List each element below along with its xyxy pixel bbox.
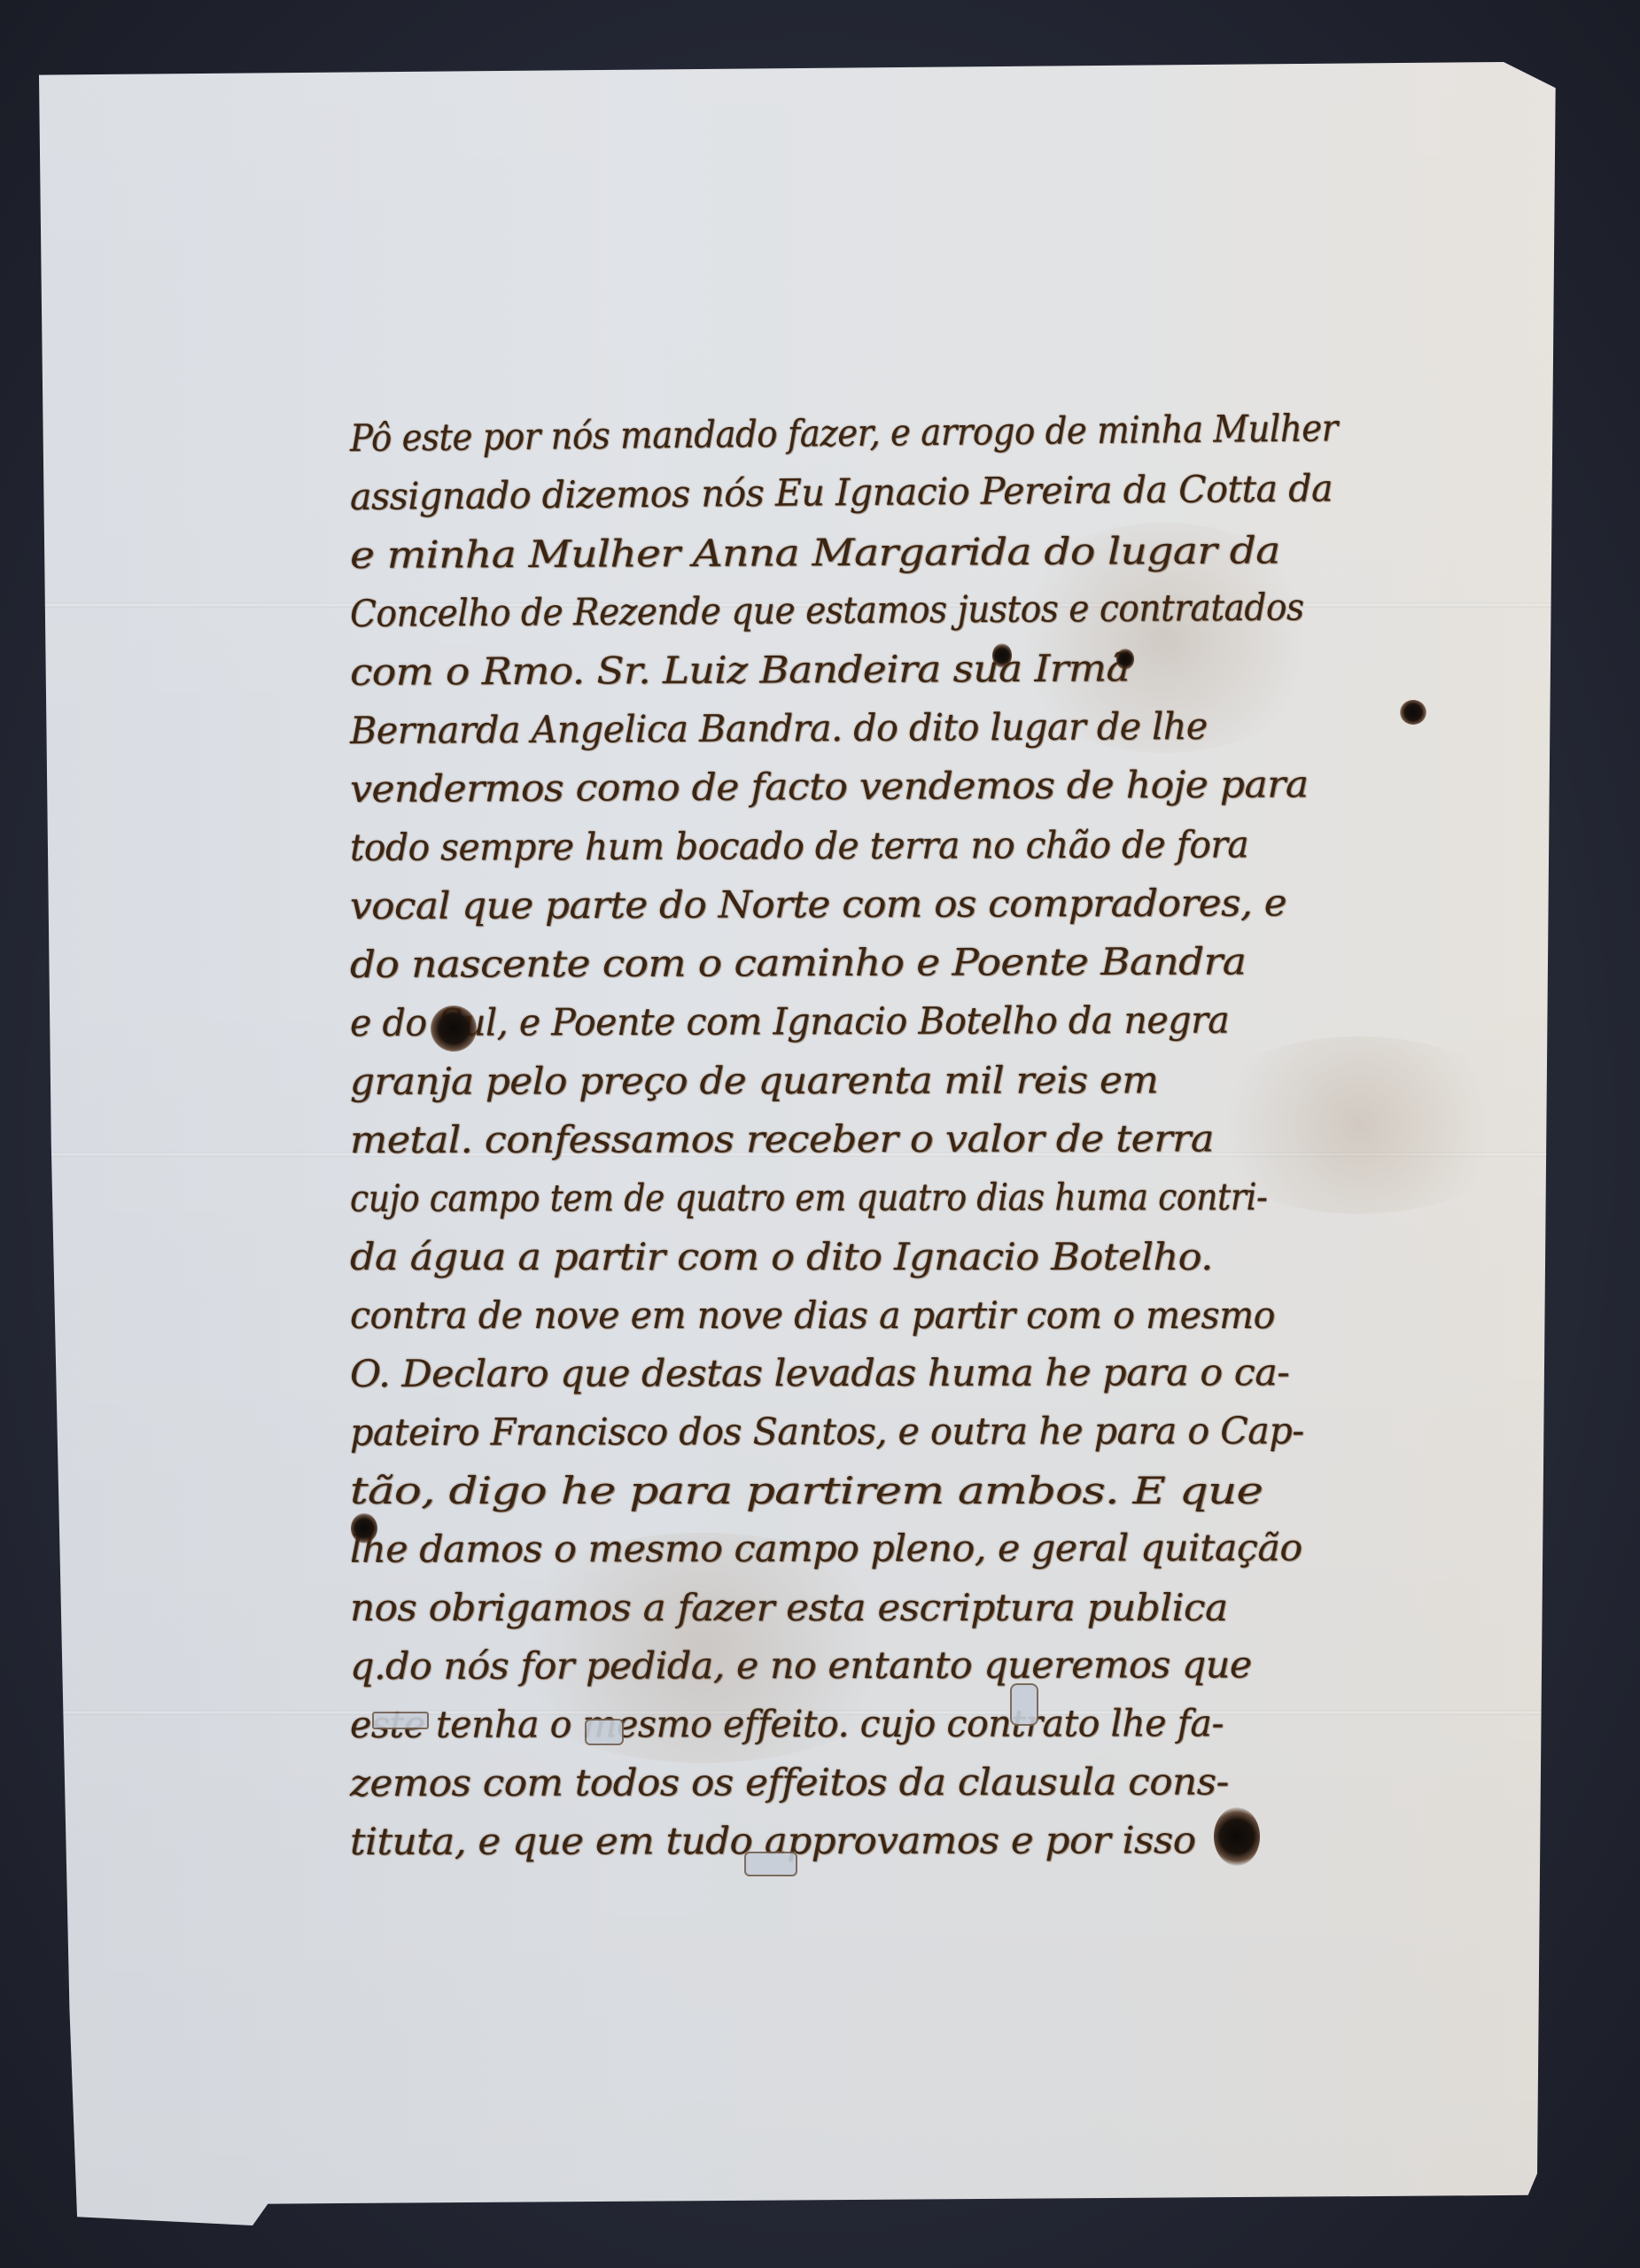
manuscript-line: todo sempre hum bocado de terra no chão …: [350, 814, 1545, 877]
burn-hole: [992, 643, 1012, 668]
manuscript-line: do nascente com o caminho e Poente Bandr…: [350, 931, 1640, 994]
manuscript-line: assignado dizemos nós Eu Ignacio Pereira…: [350, 457, 1558, 526]
manuscript-line: Bernarda Angelica Bandra. do dito lugar …: [350, 695, 1558, 760]
paper-tear: [744, 1852, 797, 1876]
burn-hole: [351, 1513, 377, 1543]
manuscript-line: cujo campo tem de quatro em quatro dias …: [350, 1168, 1458, 1228]
paper-tear: [585, 1719, 624, 1745]
manuscript-line: tituta, e que em tudo approvamos e por i…: [350, 1810, 1631, 1871]
burn-hole: [431, 1006, 477, 1052]
manuscript-line: e do Sul, e Poente com Ignacio Botelho d…: [350, 990, 1557, 1052]
manuscript-line: metal. confessamos receber o valor de te…: [350, 1108, 1640, 1169]
manuscript-line: pateiro Francisco dos Santos, e outra he…: [350, 1402, 1557, 1462]
manuscript-line: vocal que parte do Norte com os comprado…: [350, 873, 1631, 936]
manuscript-line: tão, digo he para partirem ambos. E que: [350, 1462, 1640, 1520]
handwritten-text-block: Pô este por nós mandado fazer, e arrogo …: [350, 409, 1582, 1871]
manuscript-line: contra de nove em nove dias a partir com…: [350, 1286, 1557, 1345]
burn-hole: [1400, 700, 1426, 725]
paper-tear: [1010, 1683, 1038, 1726]
manuscript-line: zemos com todos os effeitos da clausula …: [350, 1751, 1631, 1813]
burn-hole: [1116, 649, 1134, 670]
manuscript-line: da água a partir com o dito Ignacio Bote…: [350, 1228, 1640, 1286]
manuscript-line: e minha Mulher Anna Margarida do lugar d…: [350, 519, 1640, 585]
manuscript-line: Concelho de Rezende que estamos justos e…: [350, 577, 1496, 643]
manuscript-line: O. Declaro que destas levadas huma he pa…: [350, 1343, 1606, 1403]
manuscript-line: este tenha o mesmo effeito. cujo contrat…: [350, 1694, 1557, 1754]
manuscript-line: q.do nós for pedida, e no entanto querem…: [350, 1635, 1606, 1696]
manuscript-line: nos obrigamos a fazer esta escriptura pu…: [350, 1579, 1631, 1637]
paper-tear: [372, 1712, 429, 1729]
manuscript-line: Pô este por nós mandado fazer, e arrogo …: [350, 398, 1483, 468]
manuscript-line: granja pelo preço de quarenta mil reis e…: [350, 1050, 1631, 1111]
burn-hole: [1214, 1807, 1260, 1866]
manuscript-line: vendermos como de facto vendemos de hoje…: [350, 753, 1640, 819]
manuscript-line: lhe damos o mesmo campo pleno, e geral q…: [350, 1518, 1606, 1579]
